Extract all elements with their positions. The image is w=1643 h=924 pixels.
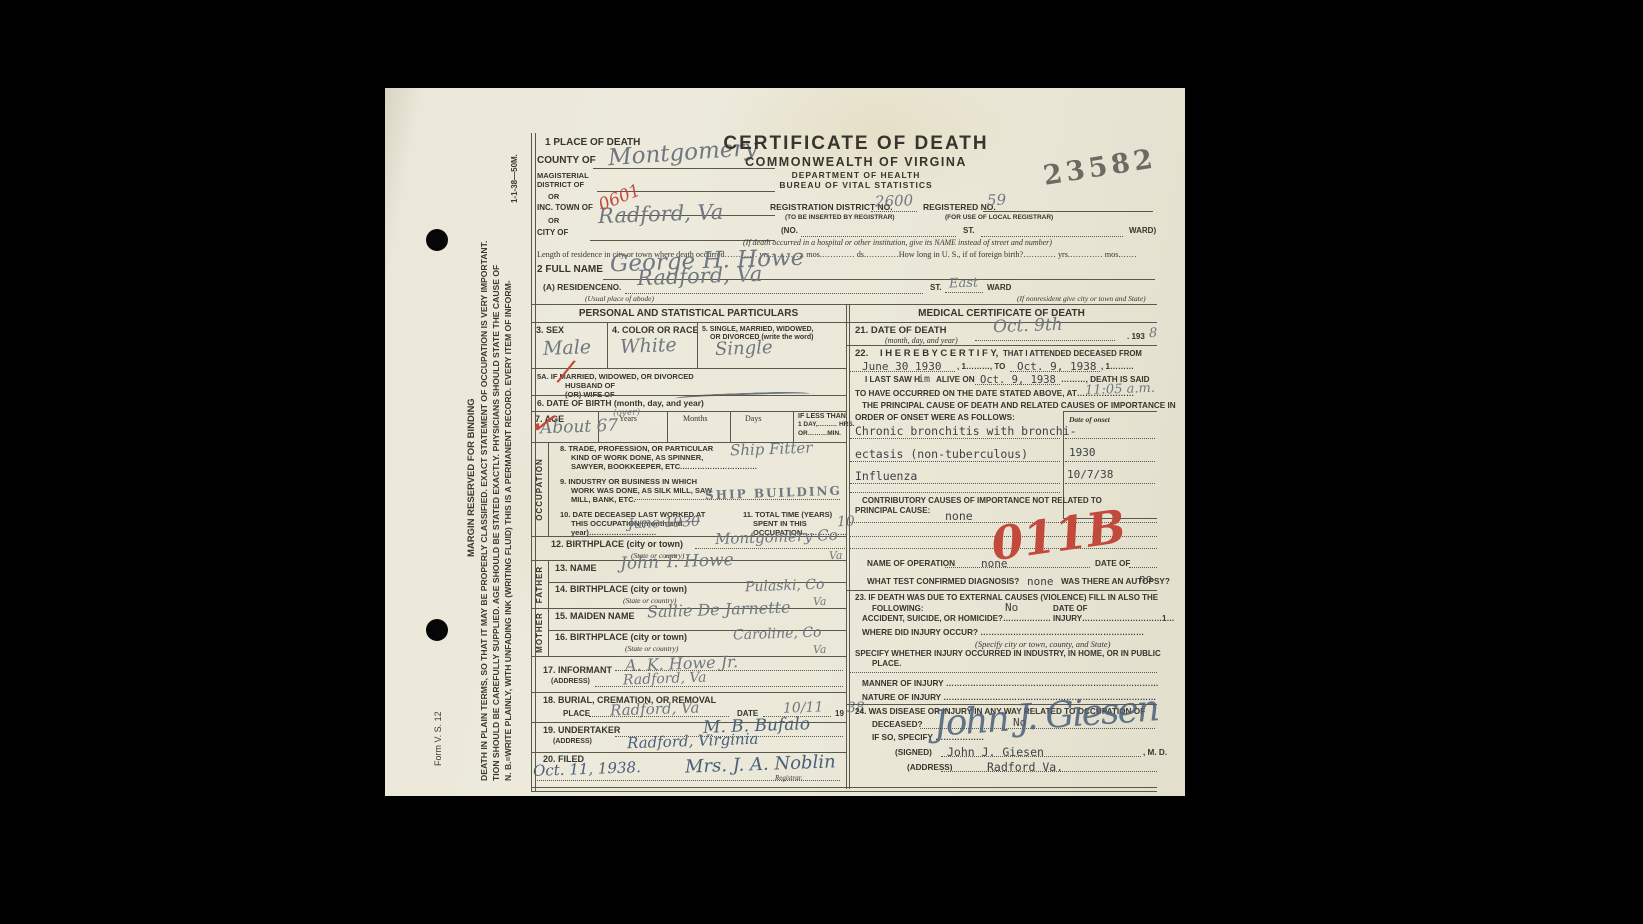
margin-nb-note-line2: TION SHOULD BE CAREFULLY SUPPLIED. AGE S…	[491, 265, 501, 781]
item21-year-prefix: . 193	[1127, 333, 1145, 341]
ifless-label3: OR………MIN.	[798, 431, 841, 438]
principal-label2: ORDER OF ONSET WERE AS FOLLOWS:	[855, 414, 1015, 423]
item9-line	[635, 499, 840, 500]
onset-div2	[1065, 461, 1155, 462]
occurred-value: 11:05 a.m.	[1085, 381, 1155, 398]
item24-label2: DECEASED?	[872, 721, 923, 730]
operation-date-label: DATE OF	[1095, 560, 1130, 569]
item16-state: Va	[813, 643, 827, 656]
certify-label: I H E R E B Y C E R T I F Y,	[880, 349, 998, 359]
age-months-header: Months	[683, 415, 707, 423]
item23-dateof-label: DATE OF	[1053, 605, 1088, 613]
operation-label: NAME OF OPERATION	[867, 560, 955, 569]
operation-date-rule	[1129, 567, 1157, 568]
item16-caption: (State or country)	[625, 644, 678, 653]
item11-label1: 11. TOTAL TIME (YEARS)	[743, 511, 832, 519]
item8-label1: 8. TRADE, PROFESSION, OR PARTICULAR	[560, 445, 713, 453]
sex-race-divider	[607, 322, 608, 368]
dob-label: 6. DATE OF BIRTH (month, day, and year)	[537, 399, 704, 408]
registered-value: 59	[987, 191, 1007, 210]
test-row-bottom	[846, 590, 1157, 591]
row345-bottom	[531, 368, 846, 369]
death-certificate-document: 1-1-38—50M. N. B.=WRITE PLAINLY, WITH UN…	[385, 88, 1185, 796]
commonwealth-subtitle: COMMONWEALTH OF VIRGINA	[716, 156, 996, 169]
reg-caption1: (TO BE INSERTED BY REGISTRAR)	[785, 215, 895, 222]
lastsaw-line	[975, 384, 1060, 385]
item14-state: Va	[813, 595, 827, 608]
item8-label2: KIND OF WORK DONE, AS SPINNER,	[571, 454, 703, 462]
item19-label: 19. UNDERTAKER	[543, 726, 620, 735]
occupation-rail: OCCUPATION	[531, 442, 549, 536]
item17-bottom	[531, 692, 846, 693]
marital-value: Single	[715, 337, 773, 360]
item21-year-digit: 8	[1149, 326, 1158, 341]
item8-label3: SAWYER, BOOKKEEPER, ETC.…………………………	[571, 463, 757, 471]
item17-line	[615, 670, 843, 671]
city-label: CITY OF	[537, 229, 568, 237]
residence-no-label: NO.	[607, 284, 621, 292]
item17-address-label: (ADDRESS)	[551, 678, 590, 685]
st-line	[945, 292, 983, 293]
item21-value: Oct. 9th	[993, 315, 1063, 337]
street-st-label: ST.	[963, 227, 975, 235]
item12-label: 12. BIRTHPLACE (city or town)	[551, 540, 683, 549]
red-check-mark: ✓	[526, 402, 558, 443]
street-ward-label: WARD)	[1129, 227, 1156, 235]
street-st-line	[981, 236, 1123, 237]
age-col3	[730, 411, 731, 442]
cause-line1: Chronic bronchitis with bronchi-	[855, 424, 1077, 438]
cause-line2: ectasis (non-tuberculous)	[855, 447, 1028, 461]
operation-value: none	[981, 557, 1008, 570]
item17-line2	[595, 686, 843, 687]
certificate-title: CERTIFICATE OF DEATH	[716, 134, 996, 154]
onset-div1	[1065, 438, 1155, 439]
item22-number: 22.	[855, 349, 868, 359]
inc-town-label: INC. TOWN OF	[537, 204, 593, 212]
item18-place-label: PLACE	[563, 710, 590, 718]
test-value: none	[1027, 575, 1054, 588]
signed-label: (SIGNED)	[895, 749, 932, 758]
item15-label: 15. MAIDEN NAME	[555, 612, 635, 621]
age-over-note: (over)	[613, 408, 640, 419]
principal-label1: THE PRINCIPAL CAUSE OF DEATH AND RELATED…	[862, 402, 1176, 411]
or-label: OR	[548, 193, 559, 201]
bureau-line: BUREAU OF VITAL STATISTICS	[716, 181, 996, 190]
autopsy-label: WAS THERE AN AUTOPSY?	[1061, 578, 1170, 587]
item10-value: June 1930	[628, 514, 701, 533]
screenshot-background: { "colors":{"background":"#000000","pape…	[0, 0, 1643, 924]
md-label: , M. D.	[1143, 749, 1167, 758]
item23-value: No	[1005, 601, 1018, 614]
operation-rule	[945, 567, 1090, 568]
cause-line2-rule	[850, 461, 1060, 462]
item23-label2: FOLLOWING:	[872, 605, 924, 613]
certify-rest: THAT I ATTENDED DECEASED FROM	[1003, 350, 1142, 358]
full-name-label: 2 FULL NAME	[537, 265, 603, 276]
cause-line3: Influenza	[855, 469, 917, 483]
item18-year-prefix: 19	[835, 710, 844, 718]
attended-sep2: , 1………	[1101, 363, 1134, 371]
onset-box-top	[1063, 411, 1157, 412]
contrib-label1: CONTRIBUTORY CAUSES OF IMPORTANCE NOT RE…	[862, 497, 1102, 505]
age-col4	[793, 411, 794, 442]
item9-label1: 9. INDUSTRY OR BUSINESS IN WHICH	[560, 478, 697, 486]
band-bottom-rule	[531, 322, 1157, 323]
hole-punch	[426, 229, 448, 251]
cause-line1-rule	[850, 438, 1060, 439]
signed-rule	[941, 756, 1141, 757]
cause-line3-rule	[850, 483, 1060, 484]
item21-line	[975, 340, 1115, 341]
personal-section-title: PERSONAL AND STATISTICAL PARTICULARS	[531, 309, 846, 320]
test-label: WHAT TEST CONFIRMED DIAGNOSIS?	[867, 578, 1019, 587]
age-days-header: Days	[745, 415, 761, 423]
item13-value: John T. Howe	[620, 550, 734, 574]
marital-label1: 5. SINGLE, MARRIED, WIDOWED,	[702, 326, 814, 333]
sex-label: 3. SEX	[536, 326, 564, 335]
contrib-value: none	[945, 509, 973, 523]
form-bottom-border	[531, 787, 1157, 788]
residence-st-value: East	[949, 275, 979, 291]
hole-punch	[426, 619, 448, 641]
reg-caption2: (FOR USE OF LOCAL REGISTRAR)	[945, 215, 1053, 222]
residence-ward-label: WARD	[987, 284, 1011, 292]
ifless-label2: 1 DAY,……… HRS.	[798, 422, 854, 429]
county-label: COUNTY OF	[537, 156, 596, 167]
or-label: OR	[548, 217, 559, 225]
form-bottom-border-inner	[531, 791, 1157, 792]
contrib-label2: PRINCIPAL CAUSE:	[855, 507, 930, 515]
attended-from-line	[850, 371, 955, 372]
street-no-line	[801, 236, 956, 237]
street-no-label: (NO.	[781, 227, 798, 235]
band-top-rule	[531, 304, 1157, 305]
margin-nb-note-line1: N. B.=WRITE PLAINLY, WITH UNFADING INK (…	[503, 280, 513, 781]
where-caption: (Specify city or town, county, and State…	[975, 639, 1111, 649]
item12-line	[695, 548, 845, 549]
item20-date: Oct. 11, 1938.	[533, 758, 641, 780]
item15-value: Sallie De Jarnette	[647, 598, 791, 622]
dob-bottom	[531, 411, 846, 412]
attended-to-line	[1010, 371, 1100, 372]
item16-label: 16. BIRTHPLACE (city or town)	[555, 633, 687, 642]
margin-nb-note-line3: DEATH IN PLAIN TERMS, SO THAT IT MAY BE …	[479, 241, 489, 781]
item9-label2: WORK WAS DONE, AS SILK MILL, SAW	[571, 487, 712, 495]
item12-value: Montgomery Co	[715, 526, 838, 548]
item8-value: Ship Fitter	[730, 439, 813, 460]
residence-label: (A) RESIDENCE	[543, 283, 607, 292]
item21-caption: (month, day, and year)	[885, 336, 958, 345]
autopsy-value: no	[1139, 572, 1152, 585]
onset-box-label: Date of onset	[1069, 415, 1110, 424]
column-divider-inner	[849, 304, 850, 789]
nonresident-caption: (If nonresident give city or town and St…	[1017, 294, 1146, 303]
item14-label: 14. BIRTHPLACE (city or town)	[555, 585, 687, 594]
department-line: DEPARTMENT OF HEALTH	[716, 171, 996, 180]
item19-address: Radford, Virginia	[627, 730, 759, 753]
race-value: White	[620, 334, 677, 358]
specify-label2: PLACE.	[872, 660, 901, 668]
margin-binding-note: MARGIN RESERVED FOR BINDING	[466, 398, 477, 557]
manner-label: MANNER OF INJURY ………………………………………………………………	[862, 680, 1159, 689]
item19-address-label: (ADDRESS)	[553, 738, 592, 745]
residence-value: Radford, Va	[637, 262, 763, 290]
lastsaw-mid: ALIVE ON	[936, 376, 975, 385]
onset-value1: 1930	[1069, 446, 1096, 459]
race-marital-divider	[697, 322, 698, 368]
where-label: WHERE DID INJURY OCCUR? ……………………………………………	[862, 629, 1144, 638]
certificate-number-stamp: 23582	[1041, 145, 1158, 191]
item21-bottom	[846, 345, 1157, 346]
item23-injury-label: INJURY…………………………1…	[1053, 615, 1175, 623]
father-rail: FATHER	[531, 560, 549, 608]
age-col2	[667, 411, 668, 442]
residence-st-label: ST.	[930, 284, 942, 292]
attended-sep1: , 1………, TO	[957, 363, 1005, 371]
lastsaw-fill: im	[918, 374, 930, 385]
item16-value: Caroline, Co	[733, 624, 822, 643]
item9-label3: MILL, BANK, ETC.	[571, 496, 636, 504]
abode-caption: (Usual place of abode)	[585, 294, 654, 303]
specify-rule	[850, 672, 1157, 673]
district-label: DISTRICT OF	[537, 181, 584, 189]
item13-label: 13. NAME	[555, 564, 597, 573]
husband-label: HUSBAND OF	[565, 382, 615, 390]
item17-label: 17. INFORMANT	[543, 666, 612, 675]
cause-separator	[850, 492, 1060, 493]
ifless-label1: IF LESS THAN	[798, 413, 846, 420]
mother-rail: MOTHER	[531, 608, 549, 656]
registrar-caption: Registrar.	[775, 774, 802, 782]
residence-line	[625, 293, 923, 294]
item14-value: Pulaski, Co	[745, 577, 825, 596]
item23-label3: ACCIDENT, SUICIDE, OR HOMICIDE?………………	[862, 615, 1051, 623]
lastsaw-pre: I LAST SAW H	[865, 376, 920, 385]
reg-district-value: 2600	[875, 191, 914, 210]
row5a-bottom	[531, 395, 846, 396]
reg-district-line	[871, 211, 917, 212]
specify-label1: SPECIFY WHETHER INJURY OCCURRED IN INDUS…	[855, 650, 1161, 658]
item21-label: 21. DATE OF DEATH	[855, 326, 947, 336]
margin-form-number: Form V. S. 12	[433, 711, 443, 766]
magisterial-label: MAGISTERIAL	[537, 172, 589, 180]
item20-registrar-name: Mrs. J. A. Noblin	[685, 751, 836, 777]
margin-print-code: 1-1-38—50M.	[510, 154, 519, 203]
registered-line	[983, 211, 1153, 212]
address-rule	[941, 771, 1157, 772]
onset-value2: 10/7/38	[1067, 468, 1113, 481]
onset-div3	[1065, 483, 1155, 484]
